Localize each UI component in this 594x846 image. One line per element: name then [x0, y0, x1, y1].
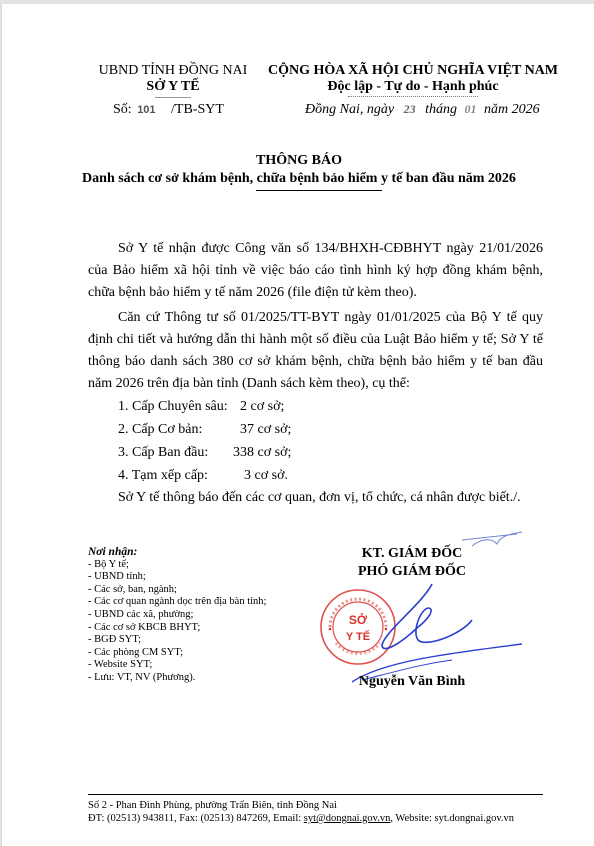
national-header: CỘNG HÒA XÃ HỘI CHỦ NGHĨA VIỆT NAM Độc l… [258, 63, 568, 97]
footer-contact: ĐT: (02513) 943811, Fax: (02513) 847269,… [88, 812, 514, 825]
number-suffix: /TB-SYT [171, 102, 224, 117]
recipients-block: Nơi nhận: - Bộ Y tế; - UBND tỉnh; - Các … [88, 546, 266, 685]
motto-underline [348, 96, 478, 97]
footer: Số 2 - Phan Đình Phùng, phường Trấn Biên… [88, 799, 514, 825]
document-number: Số: 101 /TB-SYT [113, 102, 224, 118]
recipient-item: - Các cơ sở KBCB BHYT; [88, 622, 266, 635]
nation-name: CỘNG HÒA XÃ HỘI CHỦ NGHĨA VIỆT NAM [258, 63, 568, 79]
list-item: 2. Cấp Cơ bản: 37 cơ sở; [88, 418, 543, 441]
issuer-org: UBND TỈNH ĐỒNG NAI [88, 63, 258, 79]
handwritten-signature-icon [322, 524, 552, 684]
recipient-item: - Bộ Y tế; [88, 559, 266, 572]
facility-count-list: 1. Cấp Chuyên sâu: 2 cơ sở; 2. Cấp Cơ bả… [88, 395, 543, 487]
document-subtitle: Danh sách cơ sở khám bệnh, chữa bệnh bảo… [2, 171, 594, 187]
body-paragraph-1: Sở Y tế nhận được Công văn số 134/BHXH-C… [88, 238, 543, 304]
date-prefix: Đồng Nai, ngày [305, 102, 394, 117]
issuer-underline [155, 97, 191, 98]
date-day: 23 [398, 102, 422, 116]
date-month-label: tháng [425, 102, 457, 117]
issuer-dept: SỞ Y TẾ [88, 79, 258, 95]
recipient-item: - Website SYT; [88, 659, 266, 672]
title-underline [256, 190, 382, 191]
issuer-block: UBND TỈNH ĐỒNG NAI SỞ Y TẾ [88, 63, 258, 98]
closing-paragraph: Sở Y tế thông báo đến các cơ quan, đơn v… [88, 487, 543, 509]
recipient-item: - BGĐ SYT; [88, 634, 266, 647]
website-text: syt.dongnai.gov.vn [435, 813, 515, 824]
list-item: 3. Cấp Ban đầu: 338 cơ sở; [88, 441, 543, 464]
document-body: Sở Y tế nhận được Công văn số 134/BHXH-C… [88, 238, 543, 509]
body-paragraph-2: Căn cứ Thông tư số 01/2025/TT-BYT ngày 0… [88, 307, 543, 395]
motto: Độc lập - Tự do - Hạnh phúc [258, 79, 568, 95]
recipient-item: - UBND tỉnh; [88, 571, 266, 584]
recipient-item: - Các phòng CM SYT; [88, 647, 266, 660]
document-date: Đồng Nai, ngày 23 tháng 01 năm 2026 [305, 102, 540, 118]
list-item: 4. Tạm xếp cấp: 3 cơ sở. [88, 464, 543, 487]
recipients-heading: Nơi nhận: [88, 546, 266, 559]
date-month: 01 [460, 102, 480, 116]
footer-address: Số 2 - Phan Đình Phùng, phường Trấn Biên… [88, 799, 514, 812]
list-item: 1. Cấp Chuyên sâu: 2 cơ sở; [88, 395, 543, 418]
recipient-item: - Các sở, ban, ngành; [88, 584, 266, 597]
number-value: 101 [135, 104, 167, 116]
recipient-item: - Lưu: VT, NV (Phương). [88, 672, 266, 685]
number-prefix: Số: [113, 102, 132, 117]
footer-divider [88, 794, 543, 795]
document-title: THÔNG BÁO [2, 153, 594, 169]
document-page: UBND TỈNH ĐỒNG NAI SỞ Y TẾ CỘNG HÒA XÃ H… [1, 4, 594, 846]
signer-name: Nguyễn Văn Bình [332, 674, 492, 690]
date-year: năm 2026 [484, 102, 540, 117]
recipient-item: - Các cơ quan ngành dọc trên địa bàn tỉn… [88, 596, 266, 609]
email-link[interactable]: syt@dongnai.gov.vn [304, 813, 391, 824]
recipient-item: - UBND các xã, phường; [88, 609, 266, 622]
